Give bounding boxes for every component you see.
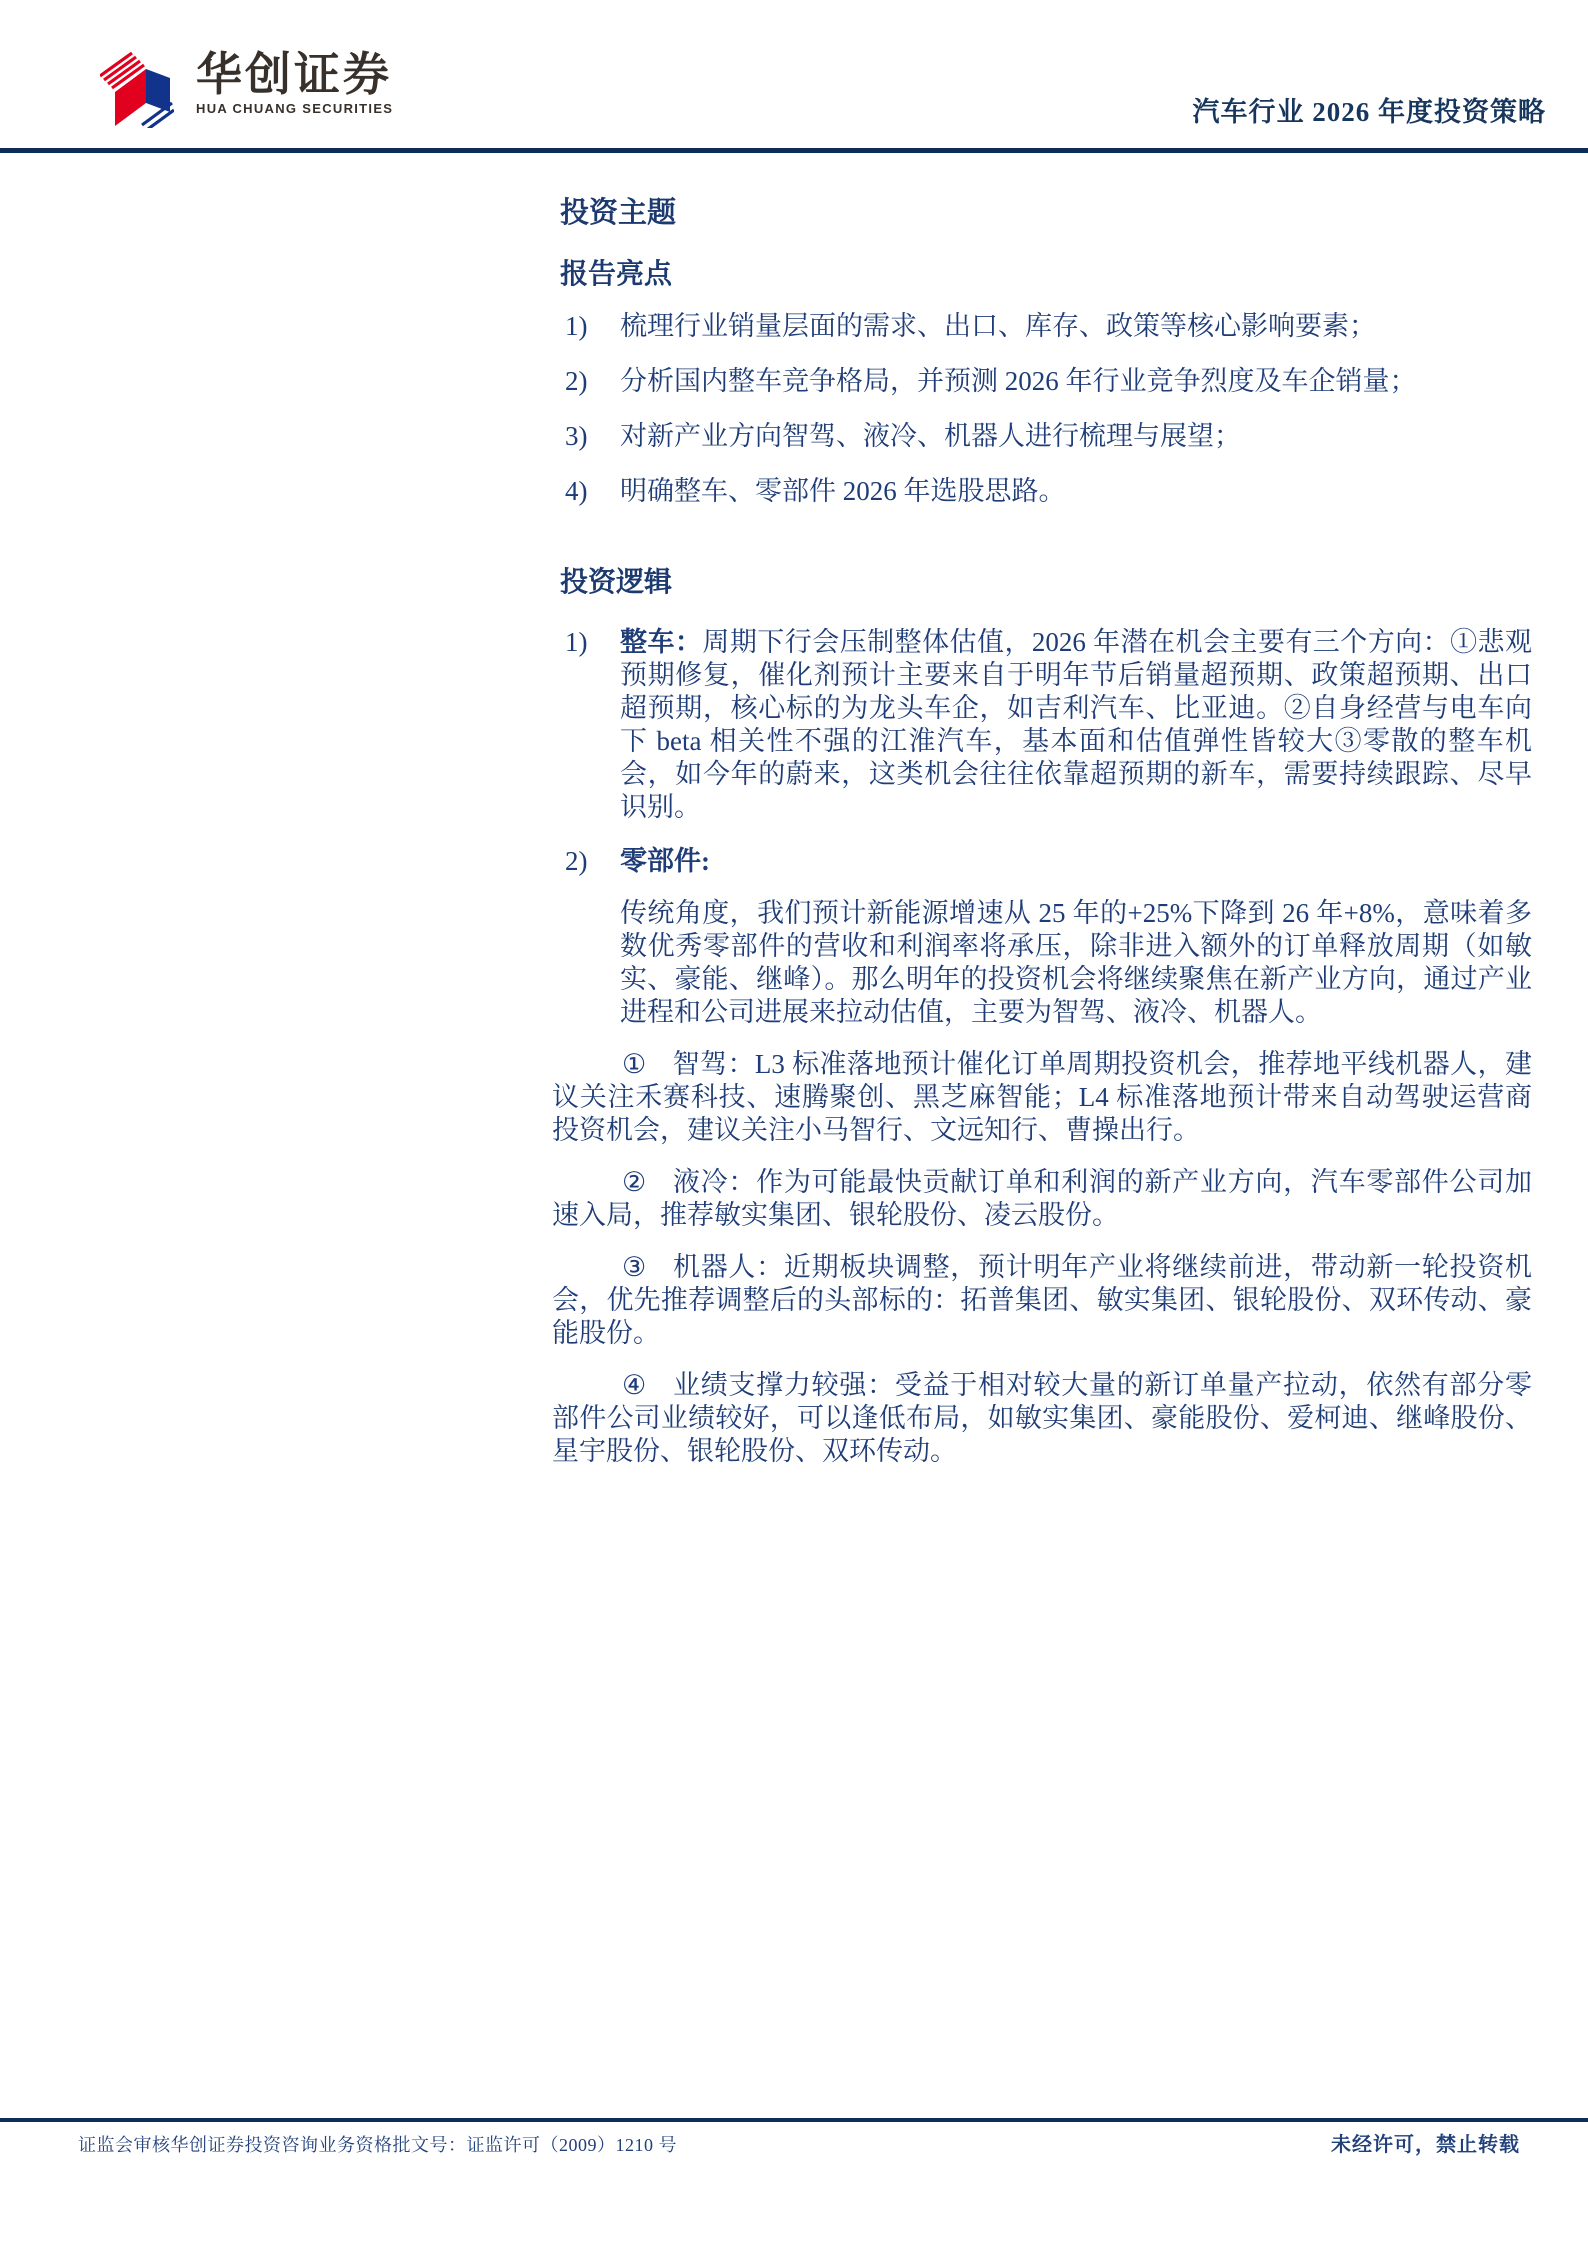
report-page: { "colors": { "accent_navy": "#1E3C77", … (0, 0, 1588, 2245)
logo-name-cn: 华创证券 (196, 50, 393, 98)
footer-copyright-notice: 未经许可，禁止转载 (1331, 2128, 1520, 2157)
item-number: 3) (560, 420, 620, 453)
logic-item-vehicles: 1) 整车：周期下行会压制整体估值，2026 年潜在机会主要有三个方向：①悲观预… (560, 626, 1532, 824)
item-number: 4) (560, 475, 620, 508)
item-number: 1) (560, 310, 620, 343)
sub-point-robotics: ③机器人：近期板块调整，预计明年产业将继续前进，带动新一轮投资机会，优先推荐调整… (552, 1251, 1532, 1350)
item-text: 分析国内整车竞争格局，并预测 2026 年行业竞争烈度及车企销量； (620, 365, 1532, 398)
item-number: 1) (560, 626, 620, 824)
highlight-item: 2) 分析国内整车竞争格局，并预测 2026 年行业竞争烈度及车企销量； (560, 365, 1532, 398)
footer-license-text: 证监会审核华创证券投资咨询业务资格批文号：证监许可（2009）1210 号 (78, 2131, 677, 2157)
section-title-investment-theme: 投资主题 (560, 197, 1532, 230)
highlight-item: 1) 梳理行业销量层面的需求、出口、库存、政策等核心影响要素； (560, 310, 1532, 343)
item-number: 2) (560, 845, 620, 878)
circled-number: ① (622, 1049, 647, 1079)
report-body: 投资主题 报告亮点 1) 梳理行业销量层面的需求、出口、库存、政策等核心影响要素… (560, 197, 1532, 1468)
subsection-title-highlights: 报告亮点 (560, 258, 1532, 291)
subsection-title-logic: 投资逻辑 (560, 566, 1532, 599)
logo-name-en: HUA CHUANG SECURITIES (196, 101, 393, 116)
item-text: 整车：周期下行会压制整体估值，2026 年潜在机会主要有三个方向：①悲观预期修复… (620, 626, 1532, 824)
sub-point-text: 机器人：近期板块调整，预计明年产业将继续前进，带动新一轮投资机会，优先推荐调整后… (552, 1252, 1532, 1348)
logo-text: 华创证券 HUA CHUANG SECURITIES (196, 50, 393, 116)
sub-point-liquid-cooling: ②液冷：作为可能最快贡献订单和利润的新产业方向，汽车零部件公司加速入局，推荐敏实… (552, 1166, 1532, 1232)
item-label: 整车： (620, 627, 702, 657)
item-body: 周期下行会压制整体估值，2026 年潜在机会主要有三个方向：①悲观预期修复，催化… (620, 627, 1532, 822)
highlight-item: 4) 明确整车、零部件 2026 年选股思路。 (560, 475, 1532, 508)
sub-point-smart-driving: ①智驾：L3 标准落地预计催化订单周期投资机会，推荐地平线机器人，建议关注禾赛科… (552, 1048, 1532, 1147)
item-text: 对新产业方向智驾、液冷、机器人进行梳理与展望； (620, 420, 1532, 453)
sub-point-text: 液冷：作为可能最快贡献订单和利润的新产业方向，汽车零部件公司加速入局，推荐敏实集… (552, 1167, 1532, 1230)
sub-point-text: 智驾：L3 标准落地预计催化订单周期投资机会，推荐地平线机器人，建议关注禾赛科技… (552, 1049, 1532, 1145)
logic-item-parts: 2) 零部件: (560, 845, 1532, 878)
circled-number: ② (622, 1167, 647, 1197)
footer-divider (0, 2118, 1588, 2122)
report-series-title: 汽车行业 2026 年度投资策略 (1193, 90, 1547, 129)
circled-number: ④ (622, 1370, 647, 1400)
header-divider (0, 148, 1588, 153)
company-logo: 华创证券 HUA CHUANG SECURITIES (100, 50, 393, 128)
item-number: 2) (560, 365, 620, 398)
logo-cube-icon (100, 50, 174, 128)
parts-intro-paragraph: 传统角度，我们预计新能源增速从 25 年的+25%下降到 26 年+8%，意味着… (620, 897, 1532, 1029)
circled-number: ③ (622, 1252, 647, 1282)
item-text: 零部件: (620, 845, 1532, 878)
item-text: 明确整车、零部件 2026 年选股思路。 (620, 475, 1532, 508)
item-text: 梳理行业销量层面的需求、出口、库存、政策等核心影响要素； (620, 310, 1532, 343)
sub-point-earnings: ④业绩支撑力较强：受益于相对较大量的新订单量产拉动，依然有部分零部件公司业绩较好… (552, 1369, 1532, 1468)
sub-point-text: 业绩支撑力较强：受益于相对较大量的新订单量产拉动，依然有部分零部件公司业绩较好，… (552, 1370, 1532, 1466)
item-label: 零部件: (620, 846, 710, 876)
page-header: 华创证券 HUA CHUANG SECURITIES 汽车行业 2026 年度投… (0, 0, 1588, 148)
highlight-item: 3) 对新产业方向智驾、液冷、机器人进行梳理与展望； (560, 420, 1532, 453)
